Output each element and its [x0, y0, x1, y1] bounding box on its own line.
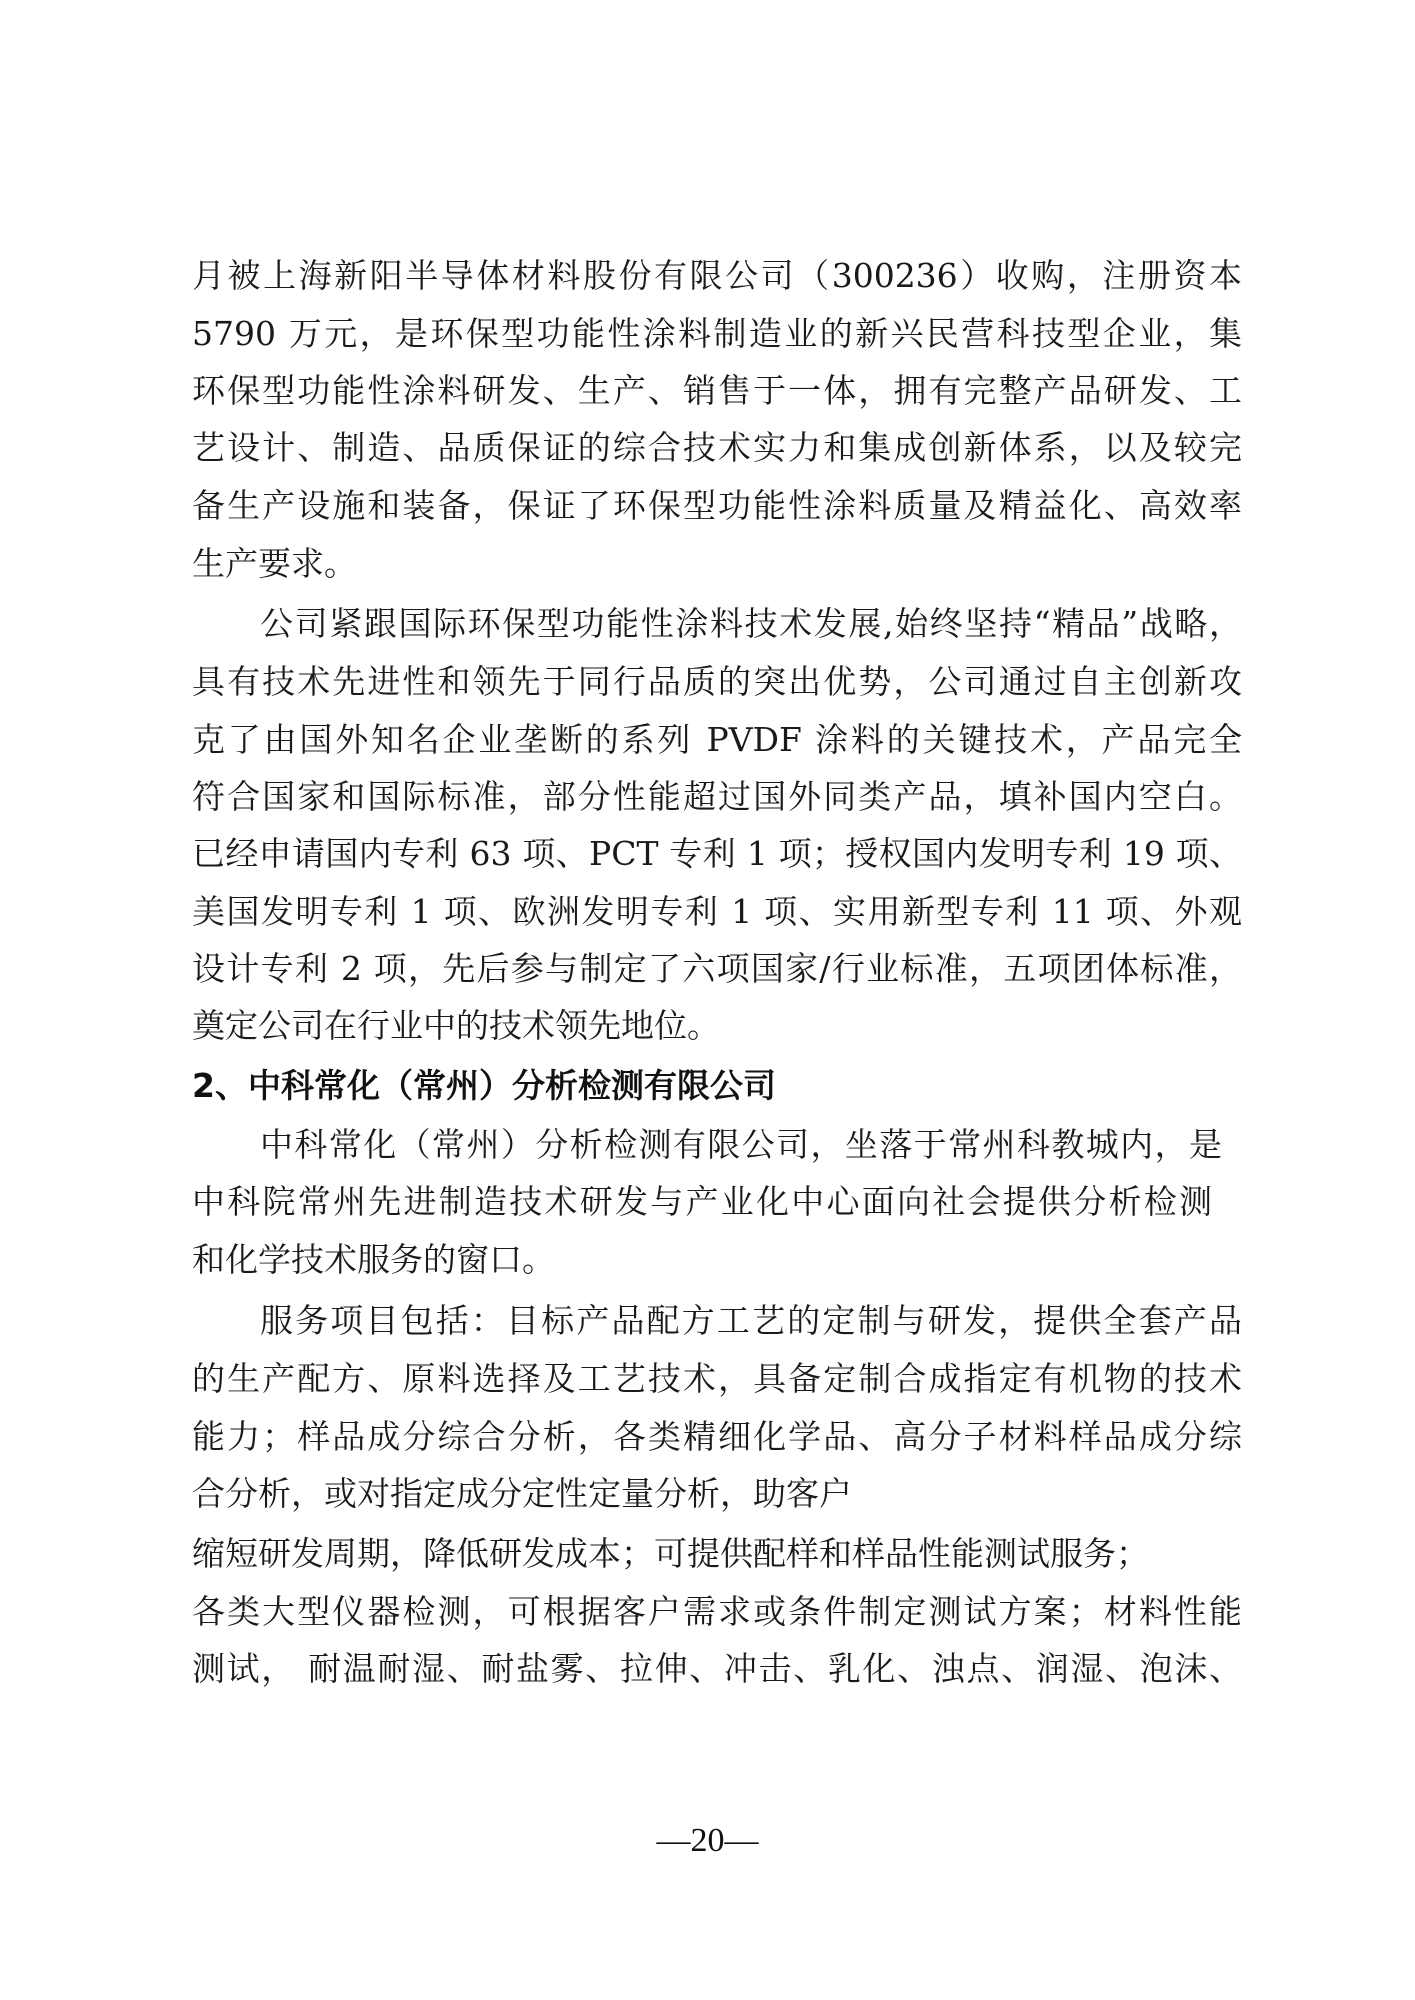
paragraph-1-line-6: 生产要求。 — [192, 540, 1242, 588]
paragraph-3-line-1: 中科常化（常州）分析检测有限公司，坐落于常州科教城内，是 — [260, 1121, 1222, 1169]
paragraph-2-line-1: 公司紧跟国际环保型功能性涂料技术发展,始终坚持“精品”战略， — [260, 600, 1242, 648]
paragraph-1-line-2: 5790 万元，是环保型功能性涂料制造业的新兴民营科技型企业，集 — [192, 310, 1242, 358]
document-page: 月被上海新阳半导体材料股份有限公司（300236）收购，注册资本 5790 万元… — [0, 0, 1415, 2000]
paragraph-2-line-8: 奠定公司在行业中的技术领先地位。 — [192, 1002, 1242, 1050]
paragraph-4-line-7: 测试， 耐温耐湿、耐盐雾、拉伸、冲击、乳化、浊点、润湿、泡沫、 — [192, 1645, 1242, 1693]
paragraph-1-line-5: 备生产设施和装备，保证了环保型功能性涂料质量及精益化、高效率 — [192, 482, 1242, 530]
page-number: —20— — [0, 1822, 1415, 1860]
paragraph-4-line-6: 各类大型仪器检测，可根据客户需求或条件制定测试方案；材料性能 — [192, 1588, 1242, 1636]
paragraph-2-line-5: 已经申请国内专利 63 项、PCT 专利 1 项；授权国内发明专利 19 项、 — [192, 830, 1242, 878]
paragraph-4-line-5: 缩短研发周期，降低研发成本；可提供配样和样品性能测试服务； — [192, 1530, 1242, 1578]
paragraph-2-line-4: 符合国家和国际标准，部分性能超过国外同类产品，填补国内空白。 — [192, 773, 1242, 821]
paragraph-4-line-2: 的生产配方、原料选择及工艺技术，具备定制合成指定有机物的技术 — [192, 1355, 1242, 1403]
paragraph-2-line-2: 具有技术先进性和领先于同行品质的突出优势，公司通过自主创新攻 — [192, 658, 1242, 706]
paragraph-2-line-3: 克了由国外知名企业垄断的系列 PVDF 涂料的关键技术，产品完全 — [192, 716, 1242, 764]
paragraph-4-line-3: 能力；样品成分综合分析，各类精细化学品、高分子材料样品成分综 — [192, 1413, 1242, 1461]
paragraph-2-line-6: 美国发明专利 1 项、欧洲发明专利 1 项、实用新型专利 11 项、外观 — [192, 888, 1242, 936]
paragraph-3-line-3: 和化学技术服务的窗口。 — [192, 1236, 1242, 1284]
paragraph-1-line-3: 环保型功能性涂料研发、生产、销售于一体，拥有完整产品研发、工 — [192, 367, 1242, 415]
paragraph-2-line-7: 设计专利 2 项，先后参与制定了六项国家/行业标准，五项团体标准， — [192, 945, 1242, 993]
paragraph-1-line-4: 艺设计、制造、品质保证的综合技术实力和集成创新体系，以及较完 — [192, 424, 1242, 472]
section-heading: 2、中科常化（常州）分析检测有限公司 — [192, 1062, 1242, 1110]
paragraph-4-line-4: 合分析，或对指定成分定性定量分析，助客户 — [192, 1470, 1242, 1518]
paragraph-3-line-2: 中科院常州先进制造技术研发与产业化中心面向社会提供分析检测 — [192, 1178, 1212, 1226]
paragraph-4-line-1: 服务项目包括：目标产品配方工艺的定制与研发，提供全套产品 — [260, 1297, 1242, 1345]
paragraph-1-line-1: 月被上海新阳半导体材料股份有限公司（300236）收购，注册资本 — [192, 252, 1242, 300]
